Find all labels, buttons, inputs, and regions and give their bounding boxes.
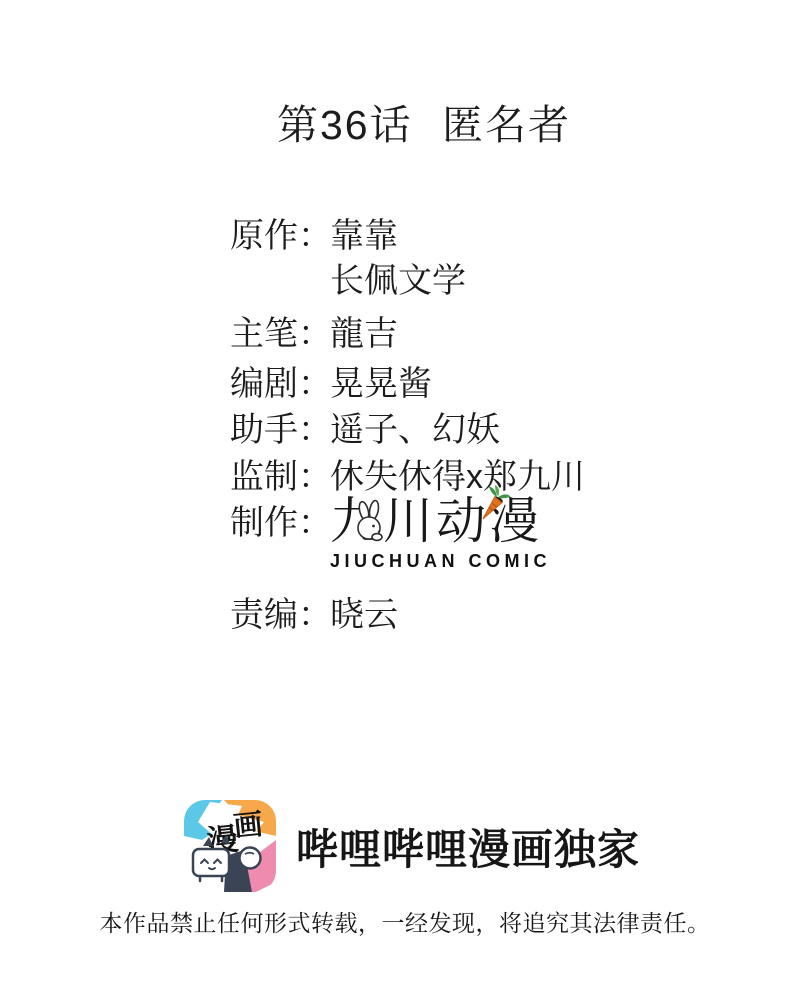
carrot-icon [476, 484, 510, 531]
credit-label: 原作： [230, 217, 330, 256]
manga-credits-page: 第36话 匿名者 原作： 靠靠 长佩文学 主笔： 龍吉 编剧： 晃晃酱 助手： … [0, 0, 810, 996]
badge-hua-text: 画 [232, 808, 264, 844]
credit-label: 助手： [230, 411, 330, 450]
credit-row-editor: 责编： 晓云 [230, 596, 398, 635]
credit-label: 监制： [230, 458, 330, 497]
bilibili-manga-app-icon: 漫 画 [184, 800, 276, 892]
credit-row-production: 制作： [230, 504, 330, 543]
copyright-notice: 本作品禁止任何形式转载，一经发现，将追究其法律责任。 [0, 905, 810, 938]
credit-row-assistants: 助手： 遥子、幻妖 [230, 411, 500, 450]
credit-value: 靠靠 [330, 217, 398, 256]
bilibili-exclusive-text: 哔哩哔哩漫画独家 [296, 817, 640, 877]
credit-label: 主笔： [230, 315, 330, 354]
credit-row-screenwriter: 编剧： 晃晃酱 [230, 365, 432, 404]
chapter-title: 第36话 匿名者 [19, 92, 810, 151]
credit-label: 编剧： [230, 365, 330, 404]
credit-row-source-platform: 长佩文学 [230, 262, 466, 301]
studio-name-en: JIUCHUAN COMIC [330, 551, 560, 572]
credit-value: 遥子、幻妖 [330, 411, 500, 450]
credit-value: 休失休得x郑九川 [330, 458, 585, 497]
credit-label: 制作： [230, 504, 330, 543]
credit-row-lead-artist: 主笔： 龍吉 [230, 315, 398, 354]
credit-value: 长佩文学 [330, 262, 466, 301]
credit-value: 龍吉 [330, 315, 398, 354]
credit-row-supervisors: 监制： 休失休得x郑九川 [230, 458, 585, 497]
credit-value: 晃晃酱 [330, 365, 432, 404]
credit-value: 晓云 [330, 596, 398, 635]
jiuchuan-studio-logo: 九川动漫 JIUCHUAN COMIC [330, 494, 560, 572]
credit-row-original-author: 原作： 靠靠 [230, 217, 398, 256]
credit-label: 责编： [230, 596, 330, 635]
rabbit-icon [350, 500, 390, 551]
tv-face-icon [193, 849, 229, 881]
